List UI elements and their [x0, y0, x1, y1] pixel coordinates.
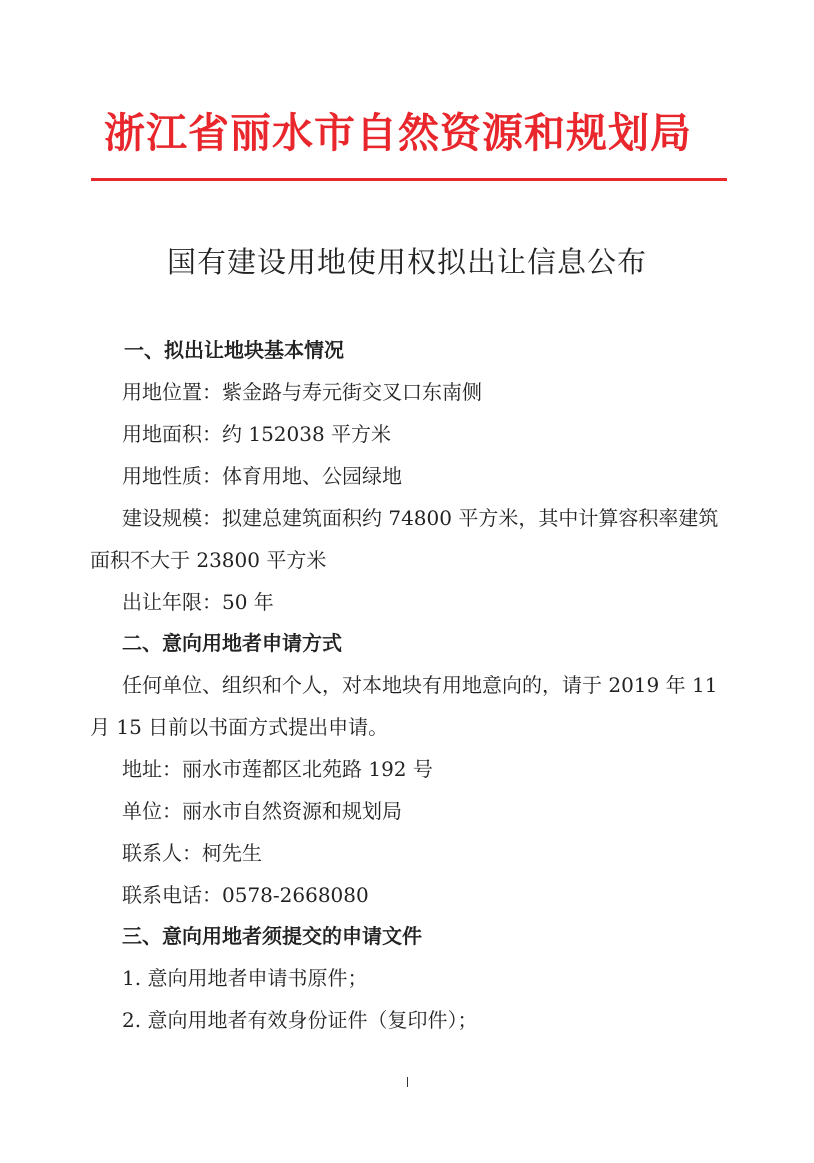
section-heading-2: 二、意向用地者申请方式 — [122, 627, 342, 656]
masthead-org-name: 浙江省丽水市自然资源和规划局 — [104, 100, 714, 159]
contact-unit: 单位：丽水市自然资源和规划局 — [122, 795, 402, 824]
lease-term: 出让年限：50 年 — [122, 586, 274, 615]
land-location: 用地位置：紫金路与寿元街交叉口东南侧 — [122, 376, 482, 405]
masthead-red-rule — [91, 178, 727, 181]
contact-address: 地址：丽水市莲都区北苑路 192 号 — [122, 753, 433, 782]
application-instruction-cont: 月 15 日前以书面方式提出申请。 — [90, 711, 388, 740]
page-marker — [407, 1077, 408, 1087]
land-area: 用地面积：约 152038 平方米 — [122, 418, 391, 447]
contact-person: 联系人：柯先生 — [122, 837, 262, 866]
contact-phone: 联系电话：0578-2668080 — [122, 879, 369, 908]
document-title: 国有建设用地使用权拟出让信息公布 — [0, 240, 814, 281]
application-instruction: 任何单位、组织和个人，对本地块有用地意向的，请于 2019 年 11 — [122, 669, 717, 698]
section-heading-1: 一、拟出让地块基本情况 — [124, 334, 344, 363]
land-use-type: 用地性质：体育用地、公园绿地 — [122, 460, 402, 489]
section-heading-3: 三、意向用地者须提交的申请文件 — [122, 920, 422, 949]
required-document-2: 2. 意向用地者有效身份证件（复印件）； — [122, 1004, 477, 1033]
required-document-1: 1. 意向用地者申请书原件； — [122, 962, 367, 991]
construction-scale: 建设规模：拟建总建筑面积约 74800 平方米，其中计算容积率建筑 — [122, 502, 718, 531]
construction-scale-cont: 面积不大于 23800 平方米 — [90, 544, 326, 573]
